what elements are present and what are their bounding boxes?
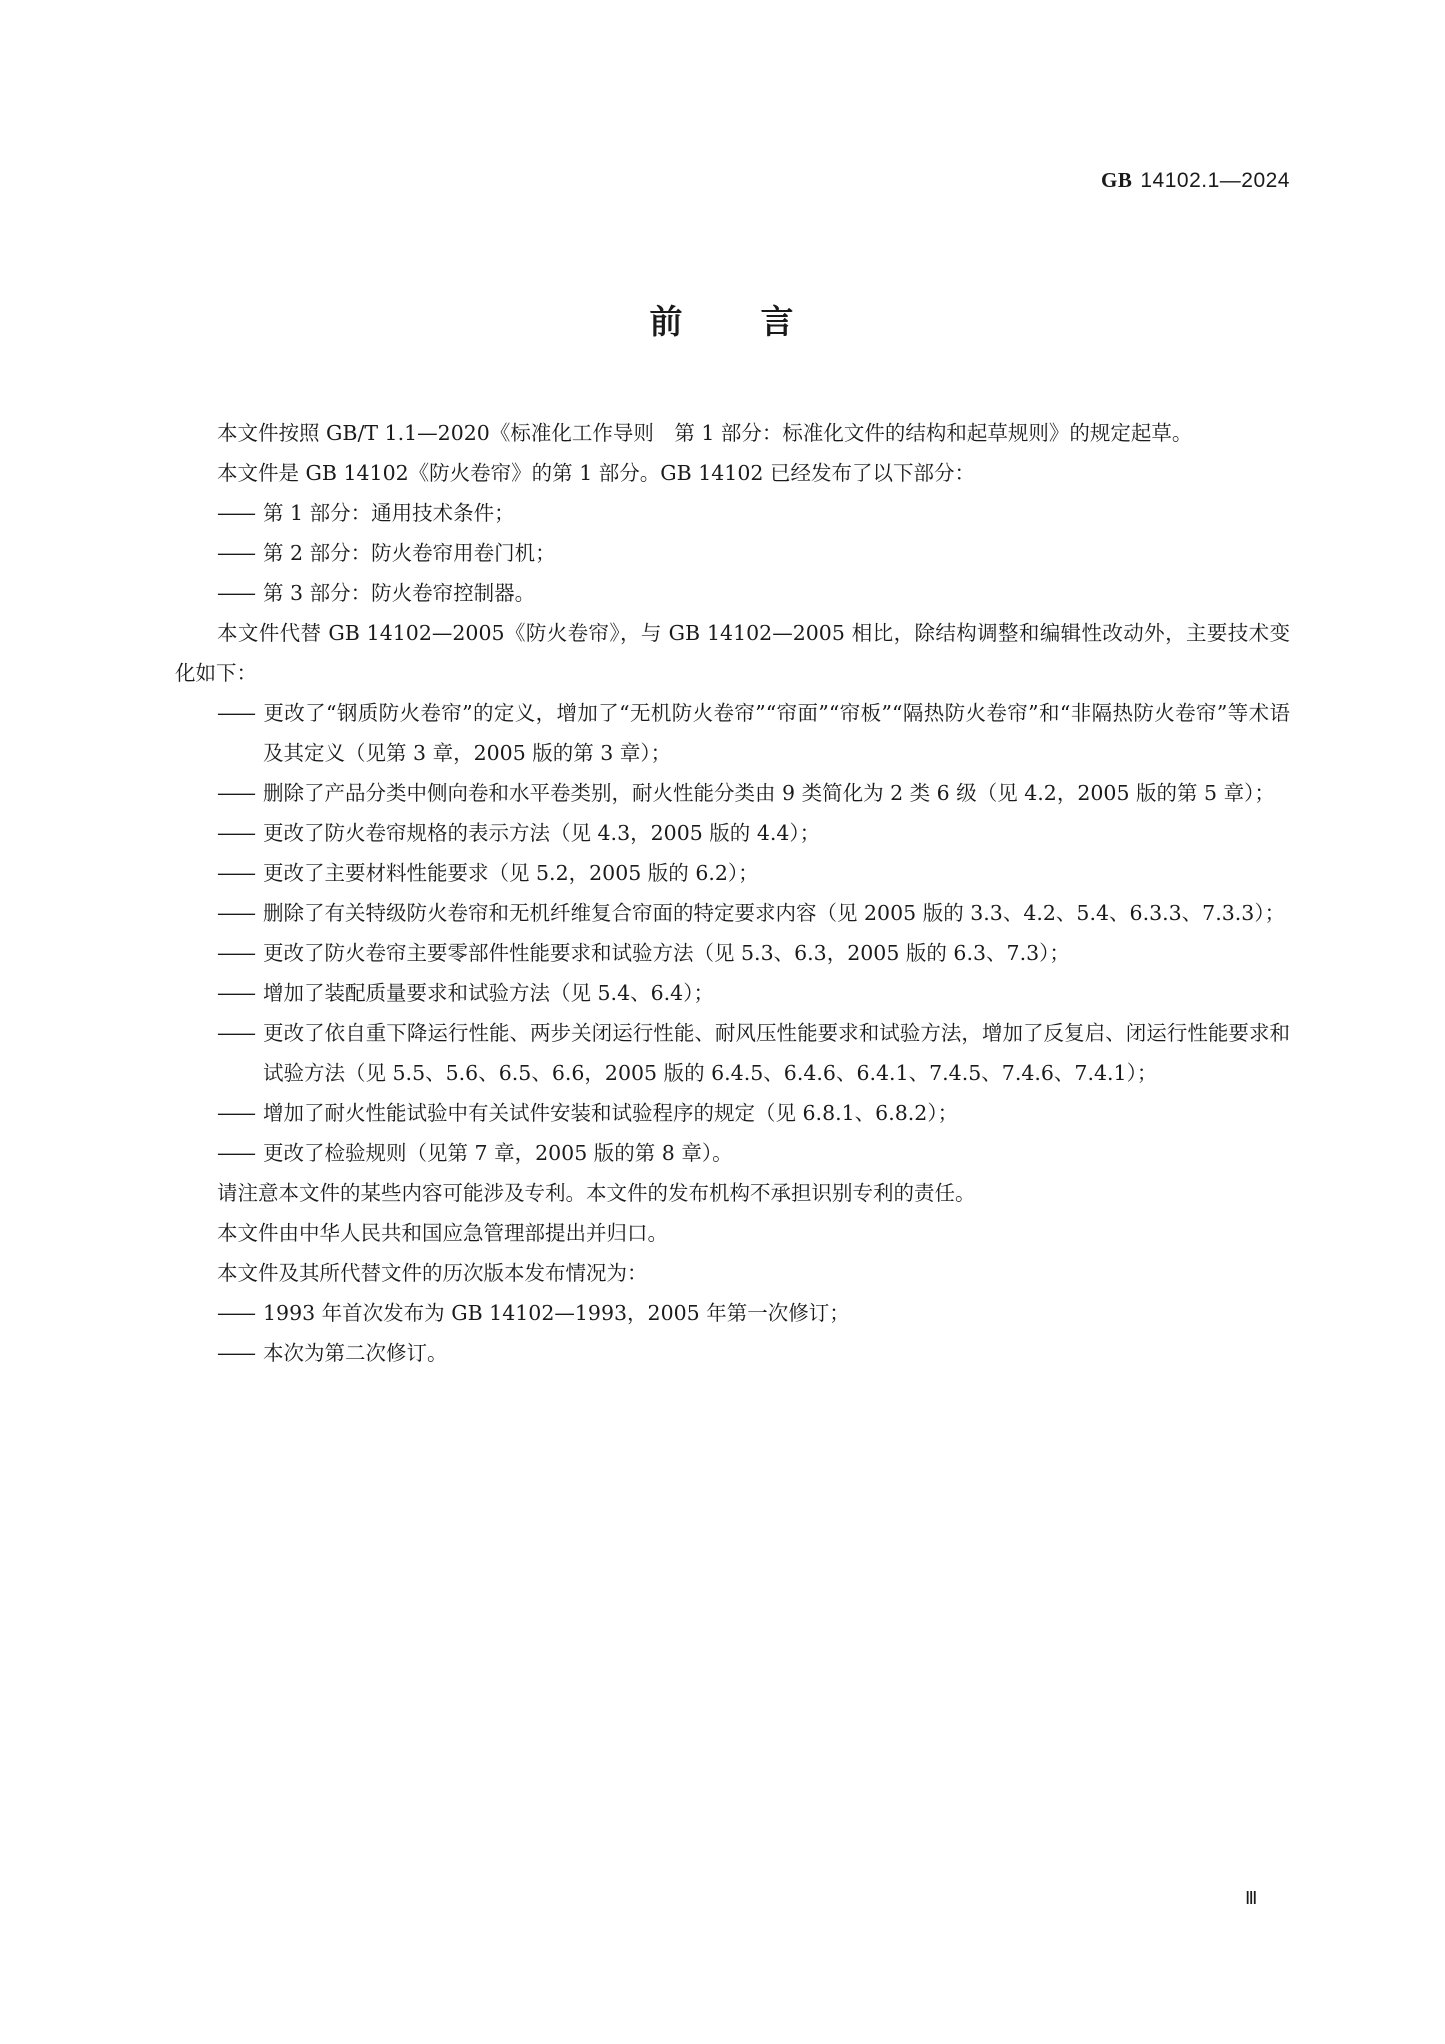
dash-marker: —— xyxy=(217,893,263,933)
list-item-change: ——更改了主要材料性能要求（见 5.2，2005 版的 6.2）； xyxy=(175,853,1290,893)
list-item-history: ——本次为第二次修订。 xyxy=(175,1333,1290,1373)
dash-marker: —— xyxy=(217,773,263,813)
paragraph-patent-notice: 请注意本文件的某些内容可能涉及专利。本文件的发布机构不承担识别专利的责任。 xyxy=(175,1173,1290,1213)
page-title: 前言 xyxy=(0,296,1445,343)
dash-marker: —— xyxy=(217,1133,263,1173)
dash-marker: —— xyxy=(217,1333,263,1373)
list-item-text: 增加了耐火性能试验中有关试件安装和试验程序的规定（见 6.8.1、6.8.2）； xyxy=(263,1101,958,1125)
dash-marker: —— xyxy=(217,533,263,573)
list-item-change: ——更改了“钢质防火卷帘”的定义，增加了“无机防火卷帘”“帘面”“帘板”“隔热防… xyxy=(175,693,1290,773)
list-item-change: ——删除了产品分类中侧向卷和水平卷类别，耐火性能分类由 9 类简化为 2 类 6… xyxy=(175,773,1290,813)
paragraph-drafting-rules: 本文件按照 GB/T 1.1—2020《标准化工作导则 第 1 部分：标准化文件… xyxy=(175,413,1290,453)
list-item-text: 更改了防火卷帘规格的表示方法（见 4.3，2005 版的 4.4）； xyxy=(263,821,820,845)
list-item-text: 第 3 部分：防火卷帘控制器。 xyxy=(263,581,535,605)
dash-marker: —— xyxy=(217,813,263,853)
list-item-text: 删除了有关特级防火卷帘和无机纤维复合帘面的特定要求内容（见 2005 版的 3.… xyxy=(263,901,1285,925)
dash-marker: —— xyxy=(217,1013,263,1053)
standard-code: GB14102.1—2024 xyxy=(1101,168,1290,193)
list-item-part: ——第 2 部分：防火卷帘用卷门机； xyxy=(175,533,1290,573)
standard-prefix: GB xyxy=(1101,168,1132,192)
list-item-text: 更改了主要材料性能要求（见 5.2，2005 版的 6.2）； xyxy=(263,861,759,885)
list-item-text: 删除了产品分类中侧向卷和水平卷类别，耐火性能分类由 9 类简化为 2 类 6 级… xyxy=(263,781,1275,805)
list-item-change: ——更改了依自重下降运行性能、两步关闭运行性能、耐风压性能要求和试验方法，增加了… xyxy=(175,1013,1290,1093)
list-item-change: ——增加了装配质量要求和试验方法（见 5.4、6.4）； xyxy=(175,973,1290,1013)
list-item-text: 增加了装配质量要求和试验方法（见 5.4、6.4）； xyxy=(263,981,714,1005)
list-item-change: ——更改了防火卷帘主要零部件性能要求和试验方法（见 5.3、6.3，2005 版… xyxy=(175,933,1290,973)
dash-marker: —— xyxy=(217,1293,263,1333)
list-item-text: 第 2 部分：防火卷帘用卷门机； xyxy=(263,541,556,565)
title-char-2: 言 xyxy=(761,296,796,343)
standard-number: 14102.1—2024 xyxy=(1140,169,1290,192)
paragraph-part-info: 本文件是 GB 14102《防火卷帘》的第 1 部分。GB 14102 已经发布… xyxy=(175,453,1290,493)
paragraph-replacement: 本文件代替 GB 14102—2005《防火卷帘》，与 GB 14102—200… xyxy=(175,613,1290,693)
paragraph-history-intro: 本文件及其所代替文件的历次版本发布情况为： xyxy=(175,1253,1290,1293)
list-item-history: ——1993 年首次发布为 GB 14102—1993，2005 年第一次修订； xyxy=(175,1293,1290,1333)
dash-marker: —— xyxy=(217,573,263,613)
paragraph-proposer: 本文件由中华人民共和国应急管理部提出并归口。 xyxy=(175,1213,1290,1253)
list-item-text: 更改了依自重下降运行性能、两步关闭运行性能、耐风压性能要求和试验方法，增加了反复… xyxy=(263,1021,1290,1085)
foreword-body: 本文件按照 GB/T 1.1—2020《标准化工作导则 第 1 部分：标准化文件… xyxy=(175,413,1290,1373)
list-item-change: ——更改了防火卷帘规格的表示方法（见 4.3，2005 版的 4.4）； xyxy=(175,813,1290,853)
dash-marker: —— xyxy=(217,1093,263,1133)
page-number: Ⅲ xyxy=(1245,1888,1257,1909)
list-item-part: ——第 1 部分：通用技术条件； xyxy=(175,493,1290,533)
dash-marker: —— xyxy=(217,493,263,533)
list-item-change: ——增加了耐火性能试验中有关试件安装和试验程序的规定（见 6.8.1、6.8.2… xyxy=(175,1093,1290,1133)
list-item-text: 本次为第二次修订。 xyxy=(263,1341,448,1365)
list-item-text: 第 1 部分：通用技术条件； xyxy=(263,501,515,525)
list-item-text: 更改了“钢质防火卷帘”的定义，增加了“无机防火卷帘”“帘面”“帘板”“隔热防火卷… xyxy=(263,701,1290,765)
list-item-part: ——第 3 部分：防火卷帘控制器。 xyxy=(175,573,1290,613)
list-item-text: 1993 年首次发布为 GB 14102—1993，2005 年第一次修订； xyxy=(263,1301,850,1325)
dash-marker: —— xyxy=(217,853,263,893)
dash-marker: —— xyxy=(217,933,263,973)
list-item-text: 更改了防火卷帘主要零部件性能要求和试验方法（见 5.3、6.3，2005 版的 … xyxy=(263,941,1070,965)
dash-marker: —— xyxy=(217,973,263,1013)
list-item-change: ——删除了有关特级防火卷帘和无机纤维复合帘面的特定要求内容（见 2005 版的 … xyxy=(175,893,1290,933)
dash-marker: —— xyxy=(217,693,263,733)
title-char-1: 前 xyxy=(650,296,685,343)
list-item-text: 更改了检验规则（见第 7 章，2005 版的第 8 章）。 xyxy=(263,1141,733,1165)
list-item-change: ——更改了检验规则（见第 7 章，2005 版的第 8 章）。 xyxy=(175,1133,1290,1173)
